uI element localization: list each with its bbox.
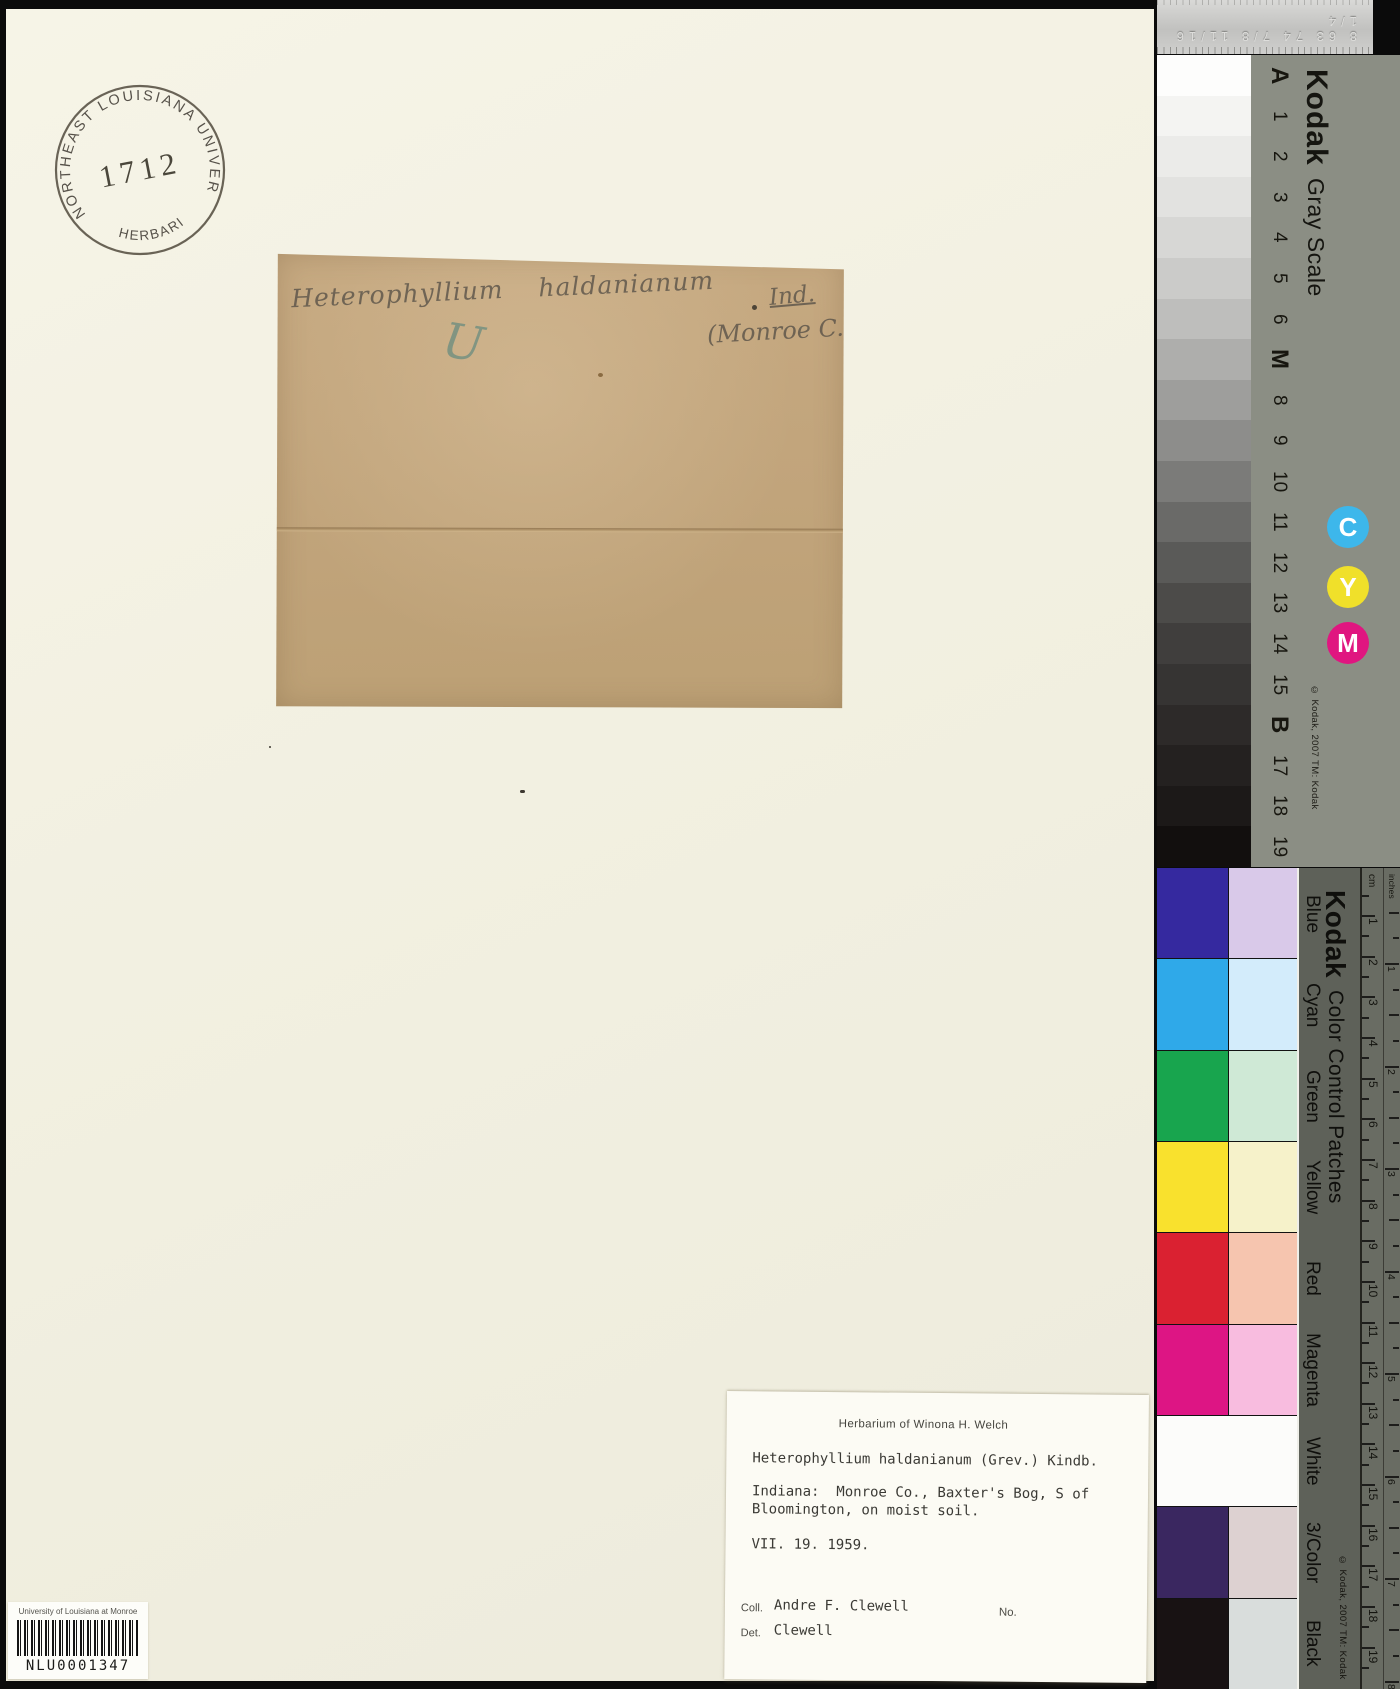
- inch-number: 8: [1385, 1684, 1397, 1689]
- cm-number: 19: [1366, 1650, 1380, 1663]
- inch-number: 2: [1385, 1069, 1397, 1075]
- gray-step-19: [1157, 826, 1251, 867]
- label-determiner-name: Clewell: [774, 1622, 833, 1639]
- gray-scale-title: KodakGray Scale: [1299, 69, 1333, 296]
- color-row-label-cell: Red: [1299, 1233, 1325, 1324]
- label-species-name: Heterophyllium haldanianum (Grev.) Kindb…: [752, 1450, 1098, 1469]
- cm-tick: [1362, 935, 1369, 937]
- gray-step-label: 10: [1268, 471, 1290, 492]
- cm-tick: [1362, 1545, 1369, 1547]
- color-row-black: [1157, 1598, 1297, 1689]
- inch-tick: [1393, 1040, 1399, 1042]
- inch-tick: [1385, 1373, 1399, 1375]
- gray-step-10: [1157, 461, 1251, 502]
- m-badge-icon: M: [1327, 622, 1369, 664]
- gray-step-label-cell: 14: [1261, 623, 1297, 664]
- color-row-yellow: [1157, 1141, 1297, 1232]
- gray-step-label-cell: 1: [1261, 96, 1297, 137]
- inch-tick: [1393, 1245, 1399, 1247]
- cm-tick: [1362, 895, 1369, 897]
- color-row-blue: [1157, 868, 1297, 958]
- color-row-3/color: [1157, 1506, 1297, 1597]
- gray-step-label: 3: [1268, 192, 1290, 203]
- cm-tick: [1362, 1281, 1375, 1283]
- gray-step-label: 4: [1268, 232, 1290, 243]
- gray-step-label-cell: 6: [1261, 299, 1297, 340]
- cm-number: 10: [1366, 1284, 1380, 1297]
- inch-number: 1: [1385, 966, 1397, 972]
- cm-tick: [1362, 1322, 1375, 1324]
- color-row-label: 3/Color: [1301, 1522, 1323, 1583]
- cm-tick: [1362, 1647, 1375, 1649]
- barcode-institution-text: University of Louisiana at Monroe: [8, 1607, 148, 1616]
- cm-tick: [1362, 1078, 1375, 1080]
- inch-tick: [1385, 1681, 1399, 1683]
- cm-number: 1: [1366, 918, 1380, 925]
- cm-number: 12: [1366, 1365, 1380, 1378]
- color-row-red: [1157, 1232, 1297, 1323]
- cm-number: 7: [1366, 1162, 1380, 1169]
- gray-step-label-cell: 11: [1261, 502, 1297, 543]
- color-row-cyan: [1157, 958, 1297, 1049]
- cm-tick: [1362, 915, 1375, 917]
- inch-tick: [1393, 1655, 1399, 1657]
- cm-number: 2: [1366, 959, 1380, 966]
- inch-number: 3: [1385, 1171, 1397, 1177]
- inch-tick: [1389, 912, 1399, 914]
- inch-tick: [1389, 1629, 1399, 1631]
- gray-step-label-cell: 3: [1261, 177, 1297, 218]
- inch-tick: [1393, 1450, 1399, 1452]
- cm-tick: [1362, 1057, 1369, 1059]
- gray-step-label: 12: [1268, 552, 1290, 573]
- gray-step-4: [1157, 217, 1251, 258]
- color-card-title-text: Color Control Patches: [1324, 990, 1347, 1204]
- cm-tick: [1362, 1159, 1375, 1161]
- color-patch-pale-green: [1229, 1051, 1297, 1141]
- cm-tick: [1362, 1443, 1375, 1445]
- gray-step-label: 18: [1268, 795, 1290, 816]
- cm-tick: [1362, 1220, 1369, 1222]
- gray-step-M: [1157, 339, 1251, 380]
- gray-step-label-cell: 2: [1261, 136, 1297, 177]
- kodak-brand-text: Kodak: [1320, 890, 1351, 978]
- color-row-label: Magenta: [1301, 1333, 1323, 1407]
- color-patch-pale-blue: [1229, 868, 1297, 958]
- inch-tick: [1393, 937, 1399, 939]
- gray-step-label-cell: M: [1261, 339, 1297, 380]
- gray-step-label: 11: [1268, 512, 1290, 532]
- color-patch-black: [1157, 1599, 1229, 1689]
- inch-number: 4: [1385, 1274, 1397, 1280]
- color-patch-cyan: [1157, 959, 1229, 1049]
- color-card-ruler: cm inches 123456789101112131415161718191…: [1360, 868, 1400, 1689]
- specimen-packet: Heterophyllium haldanianum Ind. (Monroe …: [275, 253, 845, 709]
- color-row-label-cell: White: [1299, 1415, 1325, 1506]
- kodak-brand-text: Kodak: [1300, 69, 1333, 166]
- label-coll-caption: Coll.: [741, 1602, 763, 1614]
- color-patch-pale-cyan: [1229, 959, 1297, 1049]
- color-patch-blue: [1157, 868, 1229, 958]
- cm-tick: [1362, 1179, 1369, 1181]
- label-number-caption: No.: [999, 1607, 1017, 1619]
- inch-tick: [1385, 1476, 1399, 1478]
- handwritten-species-name: Heterophyllium haldanianum: [291, 266, 715, 313]
- debris-speck: [269, 746, 271, 748]
- cm-number: 11: [1366, 1325, 1380, 1337]
- cm-tick: [1362, 1037, 1375, 1039]
- cm-tick: [1362, 1098, 1369, 1100]
- cm-tick: [1362, 1464, 1369, 1466]
- color-card-title: KodakColor Control Patches: [1319, 890, 1351, 1204]
- inch-tick: [1393, 1091, 1399, 1093]
- color-patch-grid: [1157, 868, 1299, 1689]
- gray-step-8: [1157, 380, 1251, 421]
- color-patch-green: [1157, 1051, 1229, 1141]
- inch-tick: [1389, 1219, 1399, 1221]
- gray-step-label: 15: [1268, 674, 1290, 695]
- inch-tick: [1393, 1604, 1399, 1606]
- cm-tick: [1362, 1382, 1369, 1384]
- color-row-label-cell: Magenta: [1299, 1324, 1325, 1415]
- color-patch-white: [1157, 1416, 1297, 1506]
- cm-tick: [1362, 1200, 1375, 1202]
- color-patch-pale-black: [1229, 1599, 1297, 1689]
- gray-step-label-cell: B: [1261, 705, 1297, 746]
- cm-number: 14: [1366, 1446, 1380, 1459]
- cm-number: 3: [1366, 999, 1380, 1006]
- cm-tick: [1362, 1017, 1369, 1019]
- label-det-caption: Det.: [741, 1627, 761, 1639]
- university-herbarium-stamp: NORTHEAST LOUISIANA UNIVERSITY HERBARIUM…: [50, 80, 230, 260]
- gray-step-A: [1157, 55, 1251, 96]
- color-patch-pale-yellow: [1229, 1142, 1297, 1232]
- gray-step-label: 17: [1268, 755, 1290, 776]
- gray-scale-step-labels: A123456M89101112131415B171819: [1261, 55, 1297, 867]
- color-patch-yellow: [1157, 1142, 1229, 1232]
- metal-ruler: 8 63 74 7/8 11/16 1/4: [1157, 0, 1373, 54]
- gray-step-label: 5: [1268, 273, 1290, 284]
- gray-step-label-cell: 4: [1261, 217, 1297, 258]
- gray-step-label: 9: [1268, 435, 1290, 446]
- cm-tick: [1362, 1301, 1369, 1303]
- cm-tick: [1362, 1525, 1375, 1527]
- inch-tick: [1385, 1066, 1399, 1068]
- inch-tick: [1393, 1347, 1399, 1349]
- packet-stain-spot: [598, 373, 603, 377]
- gray-step-B: [1157, 705, 1251, 746]
- gray-step-label-cell: 19: [1261, 826, 1297, 867]
- inch-number: 6: [1385, 1479, 1397, 1485]
- gray-step-label-cell: 9: [1261, 420, 1297, 461]
- handwritten-state: Ind.: [768, 281, 816, 311]
- cm-tick: [1362, 1586, 1369, 1588]
- color-patch-pale-magenta: [1229, 1325, 1297, 1415]
- gray-step-label: 8: [1268, 395, 1290, 406]
- inch-tick: [1393, 1194, 1399, 1196]
- inches-scale-label: inches: [1387, 874, 1397, 899]
- gray-step-label-cell: 12: [1261, 542, 1297, 583]
- gray-scale-steps: [1157, 55, 1251, 867]
- color-patch-red: [1157, 1233, 1229, 1323]
- gray-step-label: 13: [1268, 592, 1290, 613]
- inch-tick: [1389, 1117, 1399, 1119]
- gray-step-label: 2: [1268, 151, 1290, 162]
- gray-step-label-cell: 13: [1261, 583, 1297, 624]
- gray-step-label-cell: 17: [1261, 745, 1297, 786]
- gray-step-9: [1157, 420, 1251, 461]
- cm-scale-label: cm: [1366, 874, 1377, 887]
- inch-tick: [1393, 1142, 1399, 1144]
- gray-scale-title-text: Gray Scale: [1303, 178, 1329, 297]
- cm-tick: [1362, 1261, 1369, 1263]
- inch-tick: [1393, 1296, 1399, 1298]
- gray-step-18: [1157, 786, 1251, 827]
- gray-step-label: 1: [1268, 111, 1290, 122]
- barcode-number: NLU0001347: [8, 1658, 148, 1674]
- gray-step-12: [1157, 542, 1251, 583]
- color-row-white: [1157, 1415, 1297, 1506]
- inch-tick: [1393, 1552, 1399, 1554]
- scanned-herbarium-sheet: NORTHEAST LOUISIANA UNIVERSITY HERBARIUM…: [0, 0, 1400, 1689]
- color-row-label: Black: [1301, 1620, 1323, 1666]
- gray-step-label: B: [1265, 716, 1293, 733]
- cm-tick: [1362, 1504, 1369, 1506]
- typed-specimen-label: Herbarium of Winona H. Welch Heterophyll…: [724, 1391, 1149, 1683]
- barcode-bars: [17, 1620, 139, 1656]
- ruler-tick-marks: [1157, 0, 1373, 5]
- color-patch-pale-red: [1229, 1233, 1297, 1323]
- gray-step-label-cell: 18: [1261, 786, 1297, 827]
- cm-number: 15: [1366, 1487, 1380, 1500]
- cm-number: 17: [1366, 1568, 1380, 1581]
- inch-tick: [1389, 1322, 1399, 1324]
- gray-step-6: [1157, 299, 1251, 340]
- y-badge-icon: Y: [1327, 566, 1369, 608]
- cm-tick: [1362, 1667, 1369, 1669]
- gray-step-label: M: [1265, 349, 1293, 369]
- gray-scale-label-area: A123456M89101112131415B171819 KodakGray …: [1251, 55, 1400, 867]
- barcode-label: University of Louisiana at Monroe NLU000…: [8, 1602, 148, 1679]
- ruler-divider-line: [1383, 868, 1384, 1689]
- inch-tick: [1393, 1501, 1399, 1503]
- gray-step-14: [1157, 623, 1251, 664]
- gray-step-17: [1157, 745, 1251, 786]
- inch-tick: [1385, 963, 1399, 965]
- cm-tick: [1362, 1565, 1375, 1567]
- cm-tick: [1362, 1139, 1369, 1141]
- ruler-tick-marks: [1157, 47, 1373, 54]
- ruler-embossed-marks: 8 63 74 7/8 11/16 1/4: [1157, 14, 1357, 44]
- label-locality-line2: Bloomington, on moist soil.: [752, 1501, 980, 1519]
- color-row-green: [1157, 1050, 1297, 1141]
- color-row-magenta: [1157, 1324, 1297, 1415]
- gray-step-label: A: [1265, 67, 1293, 84]
- gray-step-5: [1157, 258, 1251, 299]
- gray-scale-copyright: © Kodak, 2007 TM: Kodak: [1309, 685, 1320, 810]
- packet-fold-crease: [275, 527, 845, 532]
- color-row-label-cell: 3/Color: [1299, 1507, 1325, 1598]
- label-herbarium-header: Herbarium of Winona H. Welch: [839, 1418, 1009, 1432]
- cm-tick: [1362, 1606, 1375, 1608]
- gray-step-3: [1157, 177, 1251, 218]
- cm-tick: [1362, 1403, 1375, 1405]
- cm-tick: [1362, 996, 1375, 998]
- gray-step-15: [1157, 664, 1251, 705]
- stamp-accession-number: 1712: [96, 145, 183, 195]
- cm-tick: [1362, 1423, 1369, 1425]
- cm-tick: [1362, 976, 1369, 978]
- pencil-dot: [752, 305, 757, 310]
- cm-number: 6: [1366, 1121, 1380, 1128]
- gray-step-1: [1157, 96, 1251, 137]
- cm-tick: [1362, 1240, 1375, 1242]
- cm-tick: [1362, 1626, 1369, 1628]
- label-collection-date: VII. 19. 1959.: [751, 1536, 869, 1553]
- gray-step-label-cell: 15: [1261, 664, 1297, 705]
- gray-step-label-cell: A: [1261, 55, 1297, 96]
- color-row-label: Red: [1301, 1261, 1323, 1296]
- cm-number: 8: [1366, 1203, 1380, 1210]
- inch-tick: [1385, 1168, 1399, 1170]
- gray-step-label-cell: 10: [1261, 461, 1297, 502]
- label-locality-line1: Indiana: Monroe Co., Baxter's Bog, S of: [752, 1483, 1089, 1502]
- color-row-label-cell: Black: [1299, 1598, 1325, 1689]
- cm-tick: [1362, 1362, 1375, 1364]
- label-collector-name: Andre F. Clewell: [774, 1597, 909, 1614]
- handwritten-county: (Monroe C.): [706, 313, 853, 349]
- inch-tick: [1389, 1527, 1399, 1529]
- cm-tick: [1362, 1118, 1375, 1120]
- inch-number: 5: [1385, 1376, 1397, 1382]
- inch-tick: [1389, 1014, 1399, 1016]
- debris-speck: [520, 790, 525, 793]
- cm-number: 16: [1366, 1528, 1380, 1541]
- gray-step-11: [1157, 502, 1251, 543]
- kodak-gray-scale-card: A123456M89101112131415B171819 KodakGray …: [1157, 55, 1400, 867]
- cm-number: 9: [1366, 1243, 1380, 1250]
- gray-step-label-cell: 8: [1261, 380, 1297, 421]
- cm-tick: [1362, 1342, 1369, 1344]
- gray-step-label: 14: [1268, 633, 1290, 654]
- inch-tick: [1385, 1271, 1399, 1273]
- color-row-label: White: [1301, 1437, 1323, 1486]
- cm-number: 18: [1366, 1609, 1380, 1622]
- cm-tick: [1362, 956, 1375, 958]
- inch-tick: [1393, 1399, 1399, 1401]
- color-patch-3/color: [1157, 1507, 1229, 1597]
- cm-number: 4: [1366, 1040, 1380, 1047]
- inch-number: 7: [1385, 1581, 1397, 1587]
- gray-step-label: 19: [1268, 836, 1290, 857]
- gray-step-label-cell: 5: [1261, 258, 1297, 299]
- gray-step-label: 6: [1268, 314, 1290, 325]
- cm-number: 13: [1366, 1406, 1380, 1419]
- cm-tick: [1362, 1484, 1375, 1486]
- cm-number: 5: [1366, 1081, 1380, 1088]
- gray-step-2: [1157, 136, 1251, 177]
- c-badge-icon: C: [1327, 506, 1369, 548]
- color-card-copyright: © Kodak, 2007 TM: Kodak: [1337, 1555, 1348, 1680]
- color-patch-pale-3/color: [1229, 1507, 1297, 1597]
- color-card-label-area: BlueCyanGreenYellowRedMagentaWhite3/Colo…: [1299, 868, 1360, 1689]
- inch-tick: [1385, 1578, 1399, 1580]
- color-patch-magenta: [1157, 1325, 1229, 1415]
- gray-step-13: [1157, 583, 1251, 624]
- inch-tick: [1393, 989, 1399, 991]
- handwritten-check-mark: U: [439, 312, 488, 374]
- kodak-color-control-card: BlueCyanGreenYellowRedMagentaWhite3/Colo…: [1157, 868, 1400, 1689]
- inch-tick: [1389, 1424, 1399, 1426]
